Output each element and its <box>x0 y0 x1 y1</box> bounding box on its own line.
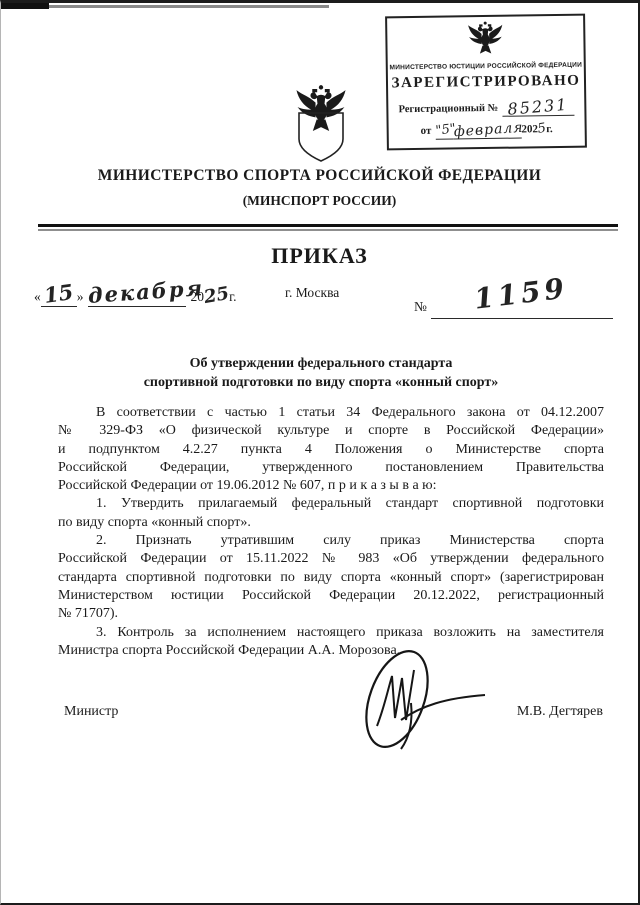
stamp-date-month-field: февраля <box>453 120 521 140</box>
text-line: Об утверждении федерального стандарта <box>58 354 584 373</box>
ministry-short-name: (МИНСПОРТ РОССИИ) <box>1 193 638 209</box>
number-label: № <box>414 299 427 315</box>
header-divider <box>38 224 618 231</box>
justice-registration-stamp: МИНИСТЕРСТВО ЮСТИЦИИ РОССИЙСКОЙ ФЕДЕРАЦИ… <box>385 14 587 151</box>
text-line: Российской Федерации от 15.11.2022 № 983… <box>58 550 604 568</box>
text-line: 3. Контроль за исполнением настоящего пр… <box>58 624 604 642</box>
order-city: г. Москва <box>285 285 339 301</box>
stamp-date-suffix: г. <box>546 123 553 135</box>
stamp-reg-number-label: Регистрационный № <box>398 103 498 115</box>
order-body: В соответствии с частью 1 статьи 34 Феде… <box>58 404 604 660</box>
text-line: Министра спорта Российской Федерации А.А… <box>58 642 604 660</box>
order-year-written: 25 <box>202 283 230 308</box>
text-line: по виду спорта «конный спорт». <box>58 514 604 532</box>
text-line: Министерством юстиции Российской Федерац… <box>58 587 604 605</box>
signer-name: М.В. Дегтярев <box>471 704 603 720</box>
order-month-field: декабря <box>88 281 186 307</box>
text-line: и подпунктом 4.2.27 пункта 4 Положения о… <box>58 441 604 459</box>
order-title: Об утверждении федерального стандартаспо… <box>58 354 584 392</box>
stamp-reg-number-row: Регистрационный № 85231 <box>398 95 574 118</box>
text-line: стандарта спортивной подготовки по виду … <box>58 569 604 587</box>
order-day-field: 15 <box>41 281 77 307</box>
signature-icon <box>339 648 489 750</box>
text-line: Российской Федерации, утвержденного пост… <box>58 459 604 477</box>
open-quote: « <box>34 289 41 305</box>
paragraph-preamble: В соответствии с частью 1 статьи 34 Феде… <box>58 404 604 495</box>
order-month: декабря <box>87 275 205 308</box>
order-number: № 1159 <box>414 285 613 319</box>
text-line: № 329-ФЗ «О физической культуре и спорте… <box>58 422 604 440</box>
text-line: Российской Федерации от 19.06.2012 № 607… <box>58 477 604 495</box>
paragraph-item-3: 3. Контроль за исполнением настоящего пр… <box>58 624 604 661</box>
stamp-reg-number-field: 85231 <box>502 95 574 117</box>
stamp-ministry-line: МИНИСТЕРСТВО ЮСТИЦИИ РОССИЙСКОЙ ФЕДЕРАЦИ… <box>389 62 582 72</box>
text-line: спортивной подготовки по виду спорта «ко… <box>58 373 584 392</box>
paragraph-item-1: 1. Утвердить прилагаемый федеральный ста… <box>58 495 604 532</box>
date-number-line: « 15 » декабря 2025г. г. Москва № 1159 <box>1 267 638 315</box>
stamp-reg-number-value: 85231 <box>507 95 569 119</box>
document-type: ПРИКАЗ <box>1 243 638 269</box>
ministry-name: МИНИСТЕРСТВО СПОРТА РОССИЙСКОЙ ФЕДЕРАЦИИ <box>1 167 638 185</box>
stamp-date-month: февраля <box>453 120 524 141</box>
text-line: 1. Утвердить прилагаемый федеральный ста… <box>58 495 604 513</box>
coat-of-arms-icon <box>289 83 353 165</box>
stamp-registered-label: ЗАРЕГИСТРИРОВАНО <box>392 73 581 93</box>
stamp-date-prefix: от <box>421 125 432 137</box>
stamp-date-day-field: "5" <box>435 120 453 139</box>
order-document-page: МИНИСТЕРСТВО ЮСТИЦИИ РОССИЙСКОЙ ФЕДЕРАЦИ… <box>0 0 640 905</box>
close-quote: » <box>77 289 84 305</box>
text-line: № 71707). <box>58 605 604 623</box>
text-line: В соответствии с частью 1 статьи 34 Феде… <box>58 404 604 422</box>
text-line: 2. Признать утратившим силу приказ Минис… <box>58 532 604 550</box>
order-date: « 15 » декабря 2025г. <box>34 281 236 307</box>
stamp-date-row: от "5" февраля 2025г. <box>421 119 553 140</box>
order-number-value: 1159 <box>472 271 569 315</box>
order-day: 15 <box>43 279 75 308</box>
scan-artifact <box>49 5 329 8</box>
order-number-field: 1159 <box>431 285 613 319</box>
scan-artifact <box>1 3 49 9</box>
signer-position: Министр <box>64 704 118 720</box>
paragraph-item-2: 2. Признать утратившим силу приказ Минис… <box>58 532 604 623</box>
stamp-coat-of-arms-icon <box>465 20 506 63</box>
